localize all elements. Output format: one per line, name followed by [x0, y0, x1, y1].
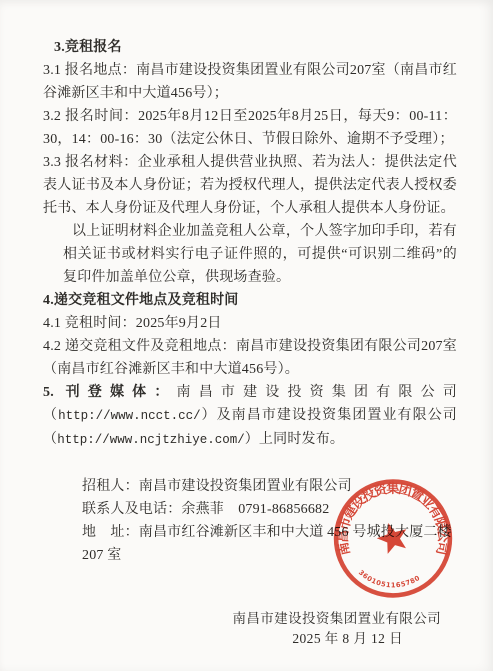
paragraph-3-2: 3.2 报名时间：2025年8月12日至2025年8月25日，每天9：00-11… — [43, 105, 457, 151]
paragraph-4-2: 4.2 递交竞租文件及竞租地点：南昌市建设投资集团有限公司207室（南昌市红谷滩… — [43, 335, 457, 381]
media-url-ncct: http://www.ncct.cc/ — [58, 409, 201, 423]
seal-code-text: 3601051165780 — [357, 568, 422, 589]
seal-star-icon — [373, 518, 411, 555]
paragraph-3-1: 3.1 报名地点：南昌市建设投资集团置业有限公司207室（南昌市红谷滩新区丰和中… — [43, 59, 457, 105]
official-seal: 南昌市建设投资集团置业有限公司 3601051165780 — [330, 475, 456, 602]
section-4-heading: 4.递交竞租文件地点及竞租时间 — [43, 289, 457, 312]
media-label: 5. 刊登媒体： — [43, 385, 177, 400]
official-seal-svg: 南昌市建设投资集团置业有限公司 3601051165780 — [330, 475, 456, 602]
media-part3: ）上同时发布。 — [245, 432, 344, 447]
svg-text:3601051165780: 3601051165780 — [357, 568, 422, 589]
paragraph-4-1: 4.1 竞租时间：2025年9月2日 — [43, 312, 457, 335]
signoff-date: 2025 年 8 月 12 日 — [43, 627, 457, 650]
document-page: 3.竞租报名 3.1 报名地点：南昌市建设投资集团置业有限公司207室（南昌市红… — [0, 0, 493, 671]
paragraph-3-3: 3.3 报名材料：企业承租人提供营业执照、若为法人：提供法定代表人证书及本人身份… — [43, 151, 457, 220]
media-url-ncjtzhiye: http://www.ncjtzhiye.com/ — [57, 433, 245, 447]
section-3-heading: 3.竞租报名 — [43, 36, 457, 59]
paragraph-5-media: 5. 刊登媒体：南昌市建设投资集团有限公司（http://www.ncct.cc… — [43, 381, 457, 452]
signoff-block: 南昌市建设投资集团置业有限公司 2025 年 8 月 12 日 — [43, 607, 457, 650]
paragraph-materials-note: 以上证明材料企业加盖竞租人公章，个人签字加印手印，若有相关证书或材料实行电子证件… — [43, 220, 457, 289]
